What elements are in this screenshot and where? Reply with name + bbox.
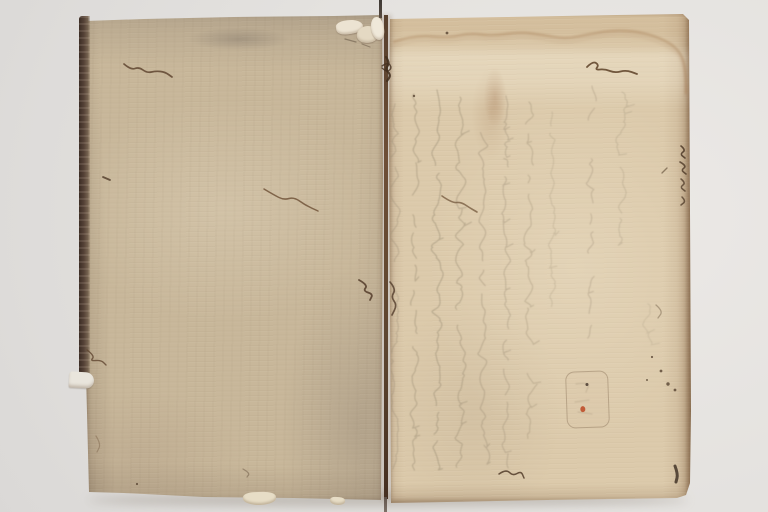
left-page-inside-cover (84, 13, 386, 505)
photo-open-manuscript (0, 0, 768, 512)
torn-notch (69, 371, 95, 388)
binding-gutter (384, 15, 388, 499)
seal-red-mark (580, 406, 585, 412)
binding-thread-tail-bottom (384, 497, 387, 512)
seal-dark-speck (585, 383, 588, 386)
seal-impression (565, 370, 610, 428)
cover-spine-edge (79, 16, 90, 375)
right-page-first-leaf (387, 11, 691, 505)
binding-thread-tail-top (379, 0, 382, 18)
